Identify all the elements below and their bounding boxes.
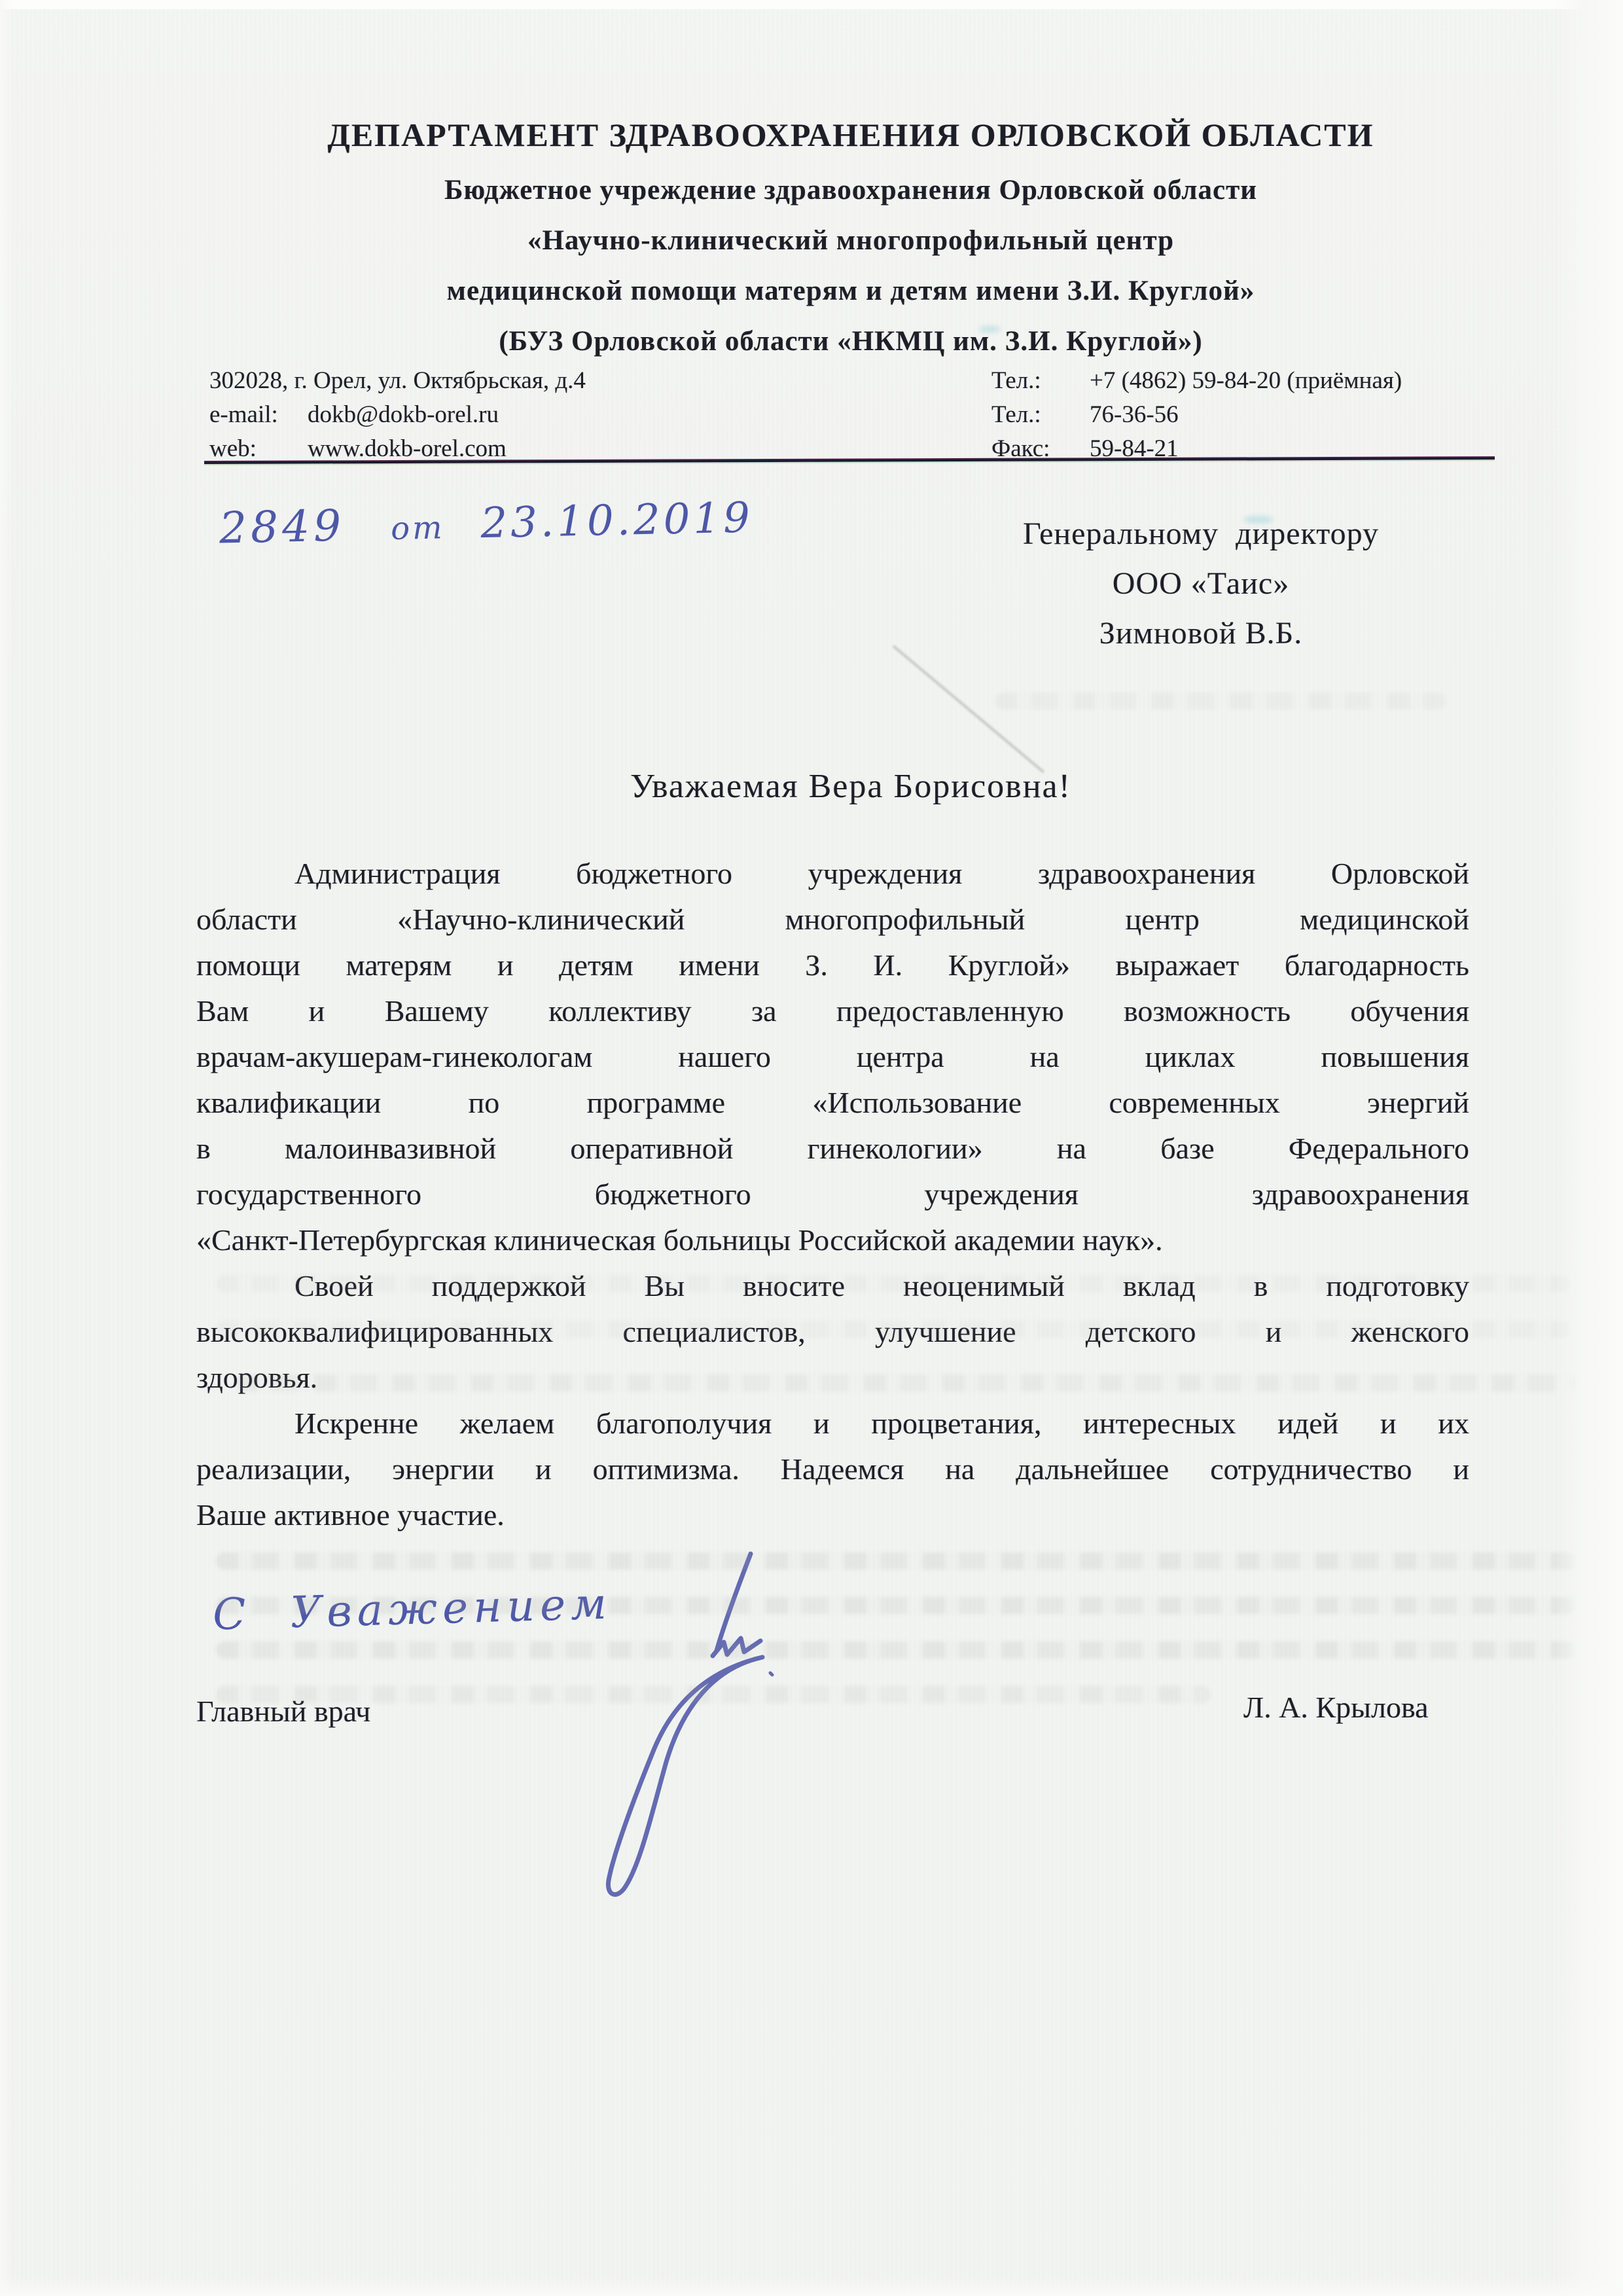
contact-line: Тел.:+7 (4862) 59-84-20 (приёмная) <box>991 364 1402 398</box>
body-line: квалификации по программе «Использование… <box>196 1080 1469 1126</box>
body-line: Вам и Вашему коллективу за предоставленн… <box>196 988 1469 1034</box>
contact-block-right: Тел.:+7 (4862) 59-84-20 (приёмная)Тел.:7… <box>991 364 1402 466</box>
closing-word-1: С <box>212 1588 252 1640</box>
body-line: врачам-акушерам-гинекологам нашего центр… <box>196 1034 1469 1080</box>
letterhead-org-line: «Научно-клинический многопрофильный цент… <box>209 215 1492 266</box>
contact-value: dokb@dokb-orel.ru <box>308 398 499 432</box>
handwritten-closing: СУважением <box>212 1579 613 1640</box>
body-line: государственного бюджетного учреждения з… <box>196 1172 1469 1217</box>
addressee-line: Генеральному директору <box>969 509 1433 559</box>
scan-edge-top <box>0 0 1623 9</box>
addressee-block: Генеральному директоруООО «Таис»Зимновой… <box>969 509 1433 658</box>
body-line: Администрация бюджетного учреждения здра… <box>196 851 1469 897</box>
letterhead-org-lines: Бюджетное учреждение здравоохранения Орл… <box>209 165 1492 367</box>
contact-label: Тел.: <box>991 398 1090 432</box>
body-line: реализации, энергии и оптимизма. Надеемс… <box>196 1446 1469 1492</box>
body-line: Своей поддержкой Вы вносите неоценимый в… <box>196 1263 1469 1309</box>
contact-value: +7 (4862) 59-84-20 (приёмная) <box>1090 364 1402 398</box>
body-line: здоровья. <box>196 1355 1469 1401</box>
salutation: Уважаемая Вера Борисовна! <box>209 767 1492 806</box>
signature-stroke <box>560 1545 782 1911</box>
contact-label: Тел.: <box>991 364 1090 398</box>
bleed-through-artifact <box>216 1552 1577 1570</box>
handwritten-registration-line: 2849от23.10.2019 <box>219 492 753 553</box>
contact-value: 76-36-56 <box>1090 398 1179 432</box>
ink-smudge-artifact <box>978 326 1001 332</box>
body-line: высококвалифицированных специалистов, ул… <box>196 1309 1469 1355</box>
signer-name: Л. А. Крылова <box>1243 1690 1429 1725</box>
ink-smudge-artifact <box>1243 516 1274 524</box>
handwritten-reg-preposition: от <box>391 509 446 547</box>
contact-block-left: 302028, г. Орел, ул. Октябрьская, д.4e-m… <box>209 364 586 466</box>
scan-edge-left <box>0 0 13 2296</box>
letterhead-org-line: (БУЗ Орловской области «НКМЦ им. З.И. Кр… <box>209 316 1492 367</box>
addressee-line: Зимновой В.Б. <box>969 609 1433 658</box>
letterhead-org-line: медицинской помощи матерям и детям имени… <box>209 266 1492 316</box>
body-line: Искренне желаем благополучия и процветан… <box>196 1401 1469 1446</box>
handwritten-reg-number: 2849 <box>219 501 346 554</box>
bleed-through-artifact <box>216 1641 1577 1659</box>
bleed-through-artifact <box>995 692 1446 709</box>
body-line: помощи матерям и детям имени З. И. Кругл… <box>196 942 1469 988</box>
addressee-line: ООО «Таис» <box>969 559 1433 609</box>
body-line: «Санкт-Петербургская клиническая больниц… <box>196 1217 1469 1263</box>
body-line: области «Научно-клинический многопрофиль… <box>196 897 1469 942</box>
handwritten-reg-date: 23.10.2019 <box>480 493 754 548</box>
body-line: в малоинвазивной оперативной гинекологии… <box>196 1126 1469 1172</box>
scanned-letter-page: ДЕПАРТАМЕНТ ЗДРАВООХРАНЕНИЯ ОРЛОВСКОЙ ОБ… <box>0 0 1623 2296</box>
letterhead: ДЕПАРТАМЕНТ ЗДРАВООХРАНЕНИЯ ОРЛОВСКОЙ ОБ… <box>209 115 1492 367</box>
contact-line: 302028, г. Орел, ул. Октябрьская, д.4 <box>209 364 586 398</box>
letterhead-org-line: Бюджетное учреждение здравоохранения Орл… <box>209 165 1492 215</box>
scan-edge-right <box>1554 0 1623 2296</box>
contact-label: e-mail: <box>209 398 308 432</box>
contact-value: 302028, г. Орел, ул. Октябрьская, д.4 <box>209 364 586 398</box>
scan-edge-bottom <box>0 2276 1623 2296</box>
contact-line: e-mail:dokb@dokb-orel.ru <box>209 398 586 432</box>
body-line: Ваше активное участие. <box>196 1492 1469 1538</box>
signer-position: Главный врач <box>196 1694 370 1729</box>
letter-body: Администрация бюджетного учреждения здра… <box>196 851 1469 1538</box>
scan-scratch-artifact <box>893 645 1044 773</box>
letterhead-department: ДЕПАРТАМЕНТ ЗДРАВООХРАНЕНИЯ ОРЛОВСКОЙ ОБ… <box>209 115 1492 154</box>
contact-line: Тел.:76-36-56 <box>991 398 1402 432</box>
